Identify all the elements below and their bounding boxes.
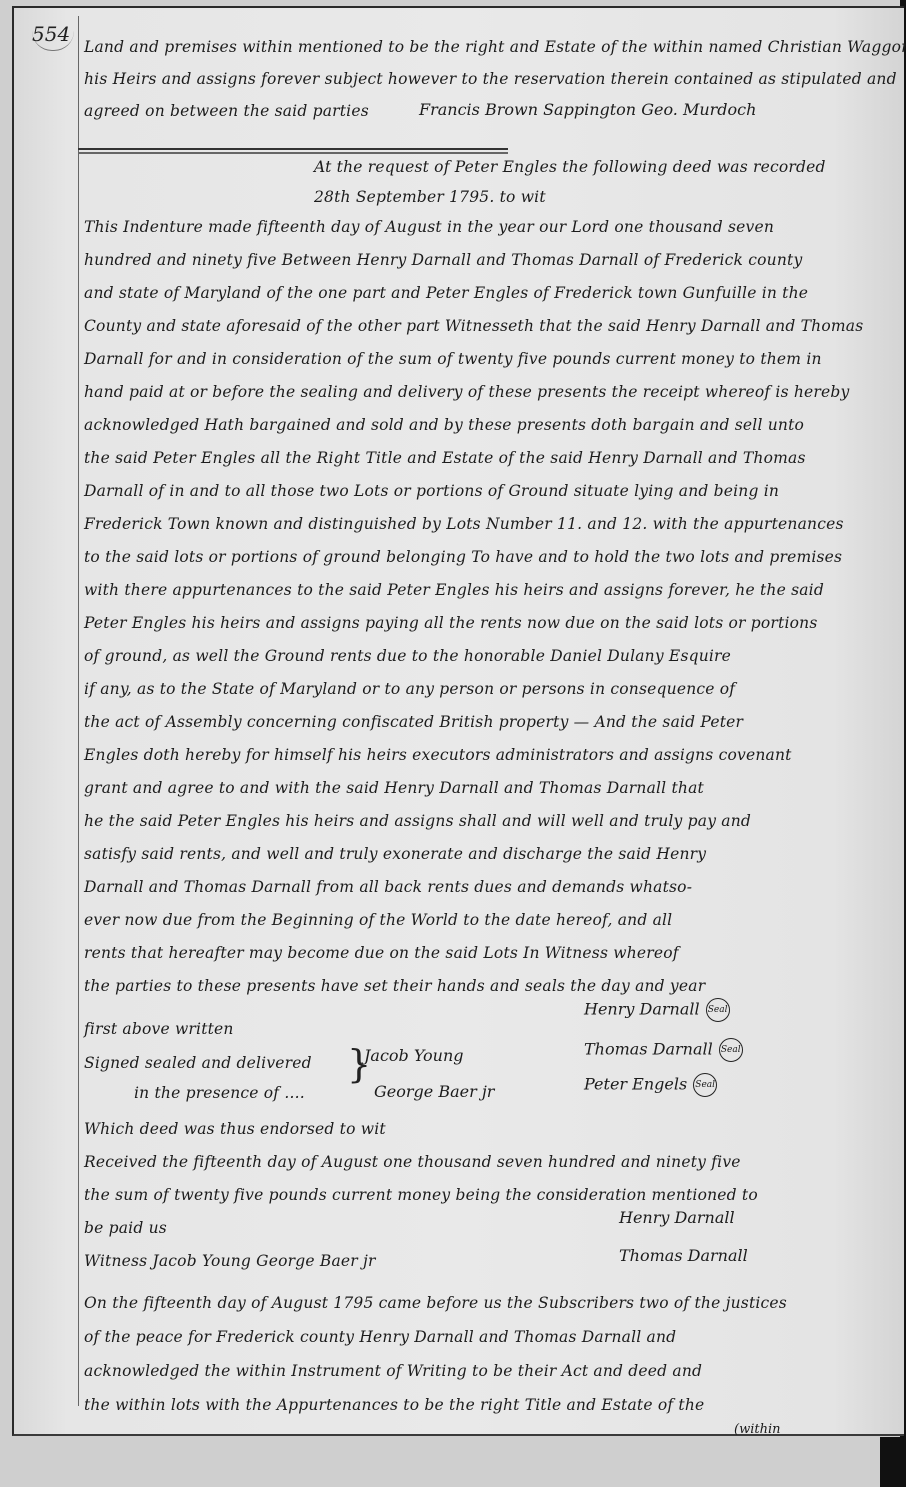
- acknowledgment-line: On the fifteenth day of August 1795 came…: [84, 1294, 787, 1312]
- endorsement-witness-line: Witness Jacob Young George Baer jr: [84, 1252, 376, 1270]
- indenture-line: Darnall of in and to all those two Lots …: [84, 482, 779, 500]
- endorsement-line: be paid us: [84, 1219, 167, 1237]
- indenture-line: hundred and ninety five Between Henry Da…: [84, 251, 802, 269]
- record-header-line: At the request of Peter Engles the follo…: [314, 158, 826, 176]
- section-divider: [78, 148, 508, 150]
- signatory: Peter EngelsSeal: [584, 1073, 717, 1097]
- endorsement-line: the sum of twenty five pounds current mo…: [84, 1186, 758, 1204]
- seal-icon: Seal: [719, 1038, 743, 1062]
- indenture-line: the act of Assembly concerning confiscat…: [84, 713, 743, 731]
- indenture-line: if any, as to the State of Maryland or t…: [84, 680, 735, 698]
- seal-icon: Seal: [706, 998, 730, 1022]
- indenture-line: hand paid at or before the sealing and d…: [84, 383, 850, 401]
- previous-deed-line: Land and premises within mentioned to be…: [84, 38, 906, 56]
- indenture-line: Engles doth hereby for himself his heirs…: [84, 746, 792, 764]
- previous-deed-line: his Heirs and assigns forever subject ho…: [84, 70, 897, 88]
- signatory-name: Henry Darnall: [584, 1000, 700, 1019]
- indenture-line: ever now due from the Beginning of the W…: [84, 911, 672, 929]
- signatory: Henry DarnallSeal: [584, 998, 730, 1022]
- indenture-line: the said Peter Engles all the Right Titl…: [84, 449, 806, 467]
- indenture-line: Darnall and Thomas Darnall from all back…: [84, 878, 692, 896]
- witness-name: Jacob Young: [364, 1046, 464, 1065]
- indenture-line: satisfy said rents, and well and truly e…: [84, 845, 706, 863]
- page-number: 554: [32, 22, 74, 51]
- indenture-line: and state of Maryland of the one part an…: [84, 284, 808, 302]
- indenture-line: County and state aforesaid of the other …: [84, 317, 863, 335]
- acknowledgment-line: acknowledged the within Instrument of Wr…: [84, 1362, 702, 1380]
- endorsement-signatory: Henry Darnall: [619, 1208, 735, 1227]
- margin-rule: [78, 16, 79, 1406]
- endorsement-intro: Which deed was thus endorsed to wit: [84, 1120, 386, 1138]
- indenture-line: This Indenture made fifteenth day of Aug…: [84, 218, 774, 236]
- endorsement-line: Received the fifteenth day of August one…: [84, 1153, 741, 1171]
- acknowledgment-line: of the peace for Frederick county Henry …: [84, 1328, 676, 1346]
- endorsement-signatory: Thomas Darnall: [619, 1246, 748, 1265]
- indenture-line: of ground, as well the Ground rents due …: [84, 647, 731, 665]
- seal-icon: Seal: [693, 1073, 717, 1097]
- indenture-line: acknowledged Hath bargained and sold and…: [84, 416, 804, 434]
- signatory: Thomas DarnallSeal: [584, 1038, 743, 1062]
- catchword: (within: [734, 1422, 780, 1437]
- signatory-name: Peter Engels: [584, 1075, 687, 1094]
- indenture-line: with there appurtenances to the said Pet…: [84, 581, 824, 599]
- previous-deed-line: agreed on between the said parties: [84, 102, 369, 120]
- indenture-line: rents that hereafter may become due on t…: [84, 944, 679, 962]
- witness-clause-line: in the presence of ....: [134, 1084, 305, 1102]
- witness-clause-line: Signed sealed and delivered: [84, 1054, 312, 1072]
- witness-name: George Baer jr: [374, 1082, 494, 1101]
- scan-edge-bottom: [880, 1437, 906, 1487]
- indenture-line: the parties to these presents have set t…: [84, 977, 705, 995]
- indenture-line: grant and agree to and with the said Hen…: [84, 779, 704, 797]
- indenture-line: Frederick Town known and distinguished b…: [84, 515, 844, 533]
- indenture-line: he the said Peter Engles his heirs and a…: [84, 812, 751, 830]
- indenture-line: Darnall for and in consideration of the …: [84, 350, 822, 368]
- indenture-line: to the said lots or portions of ground b…: [84, 548, 842, 566]
- acknowledgment-line: the within lots with the Appurtenances t…: [84, 1396, 704, 1414]
- indenture-line: Peter Engles his heirs and assigns payin…: [84, 614, 818, 632]
- ledger-page: 554 Land and premises within mentioned t…: [12, 6, 904, 1436]
- previous-deed-signatures: Francis Brown Sappington Geo. Murdoch: [419, 100, 756, 119]
- signatory-name: Thomas Darnall: [584, 1040, 713, 1059]
- record-header-line: 28th September 1795. to wit: [314, 188, 546, 206]
- indenture-line: first above written: [84, 1020, 234, 1038]
